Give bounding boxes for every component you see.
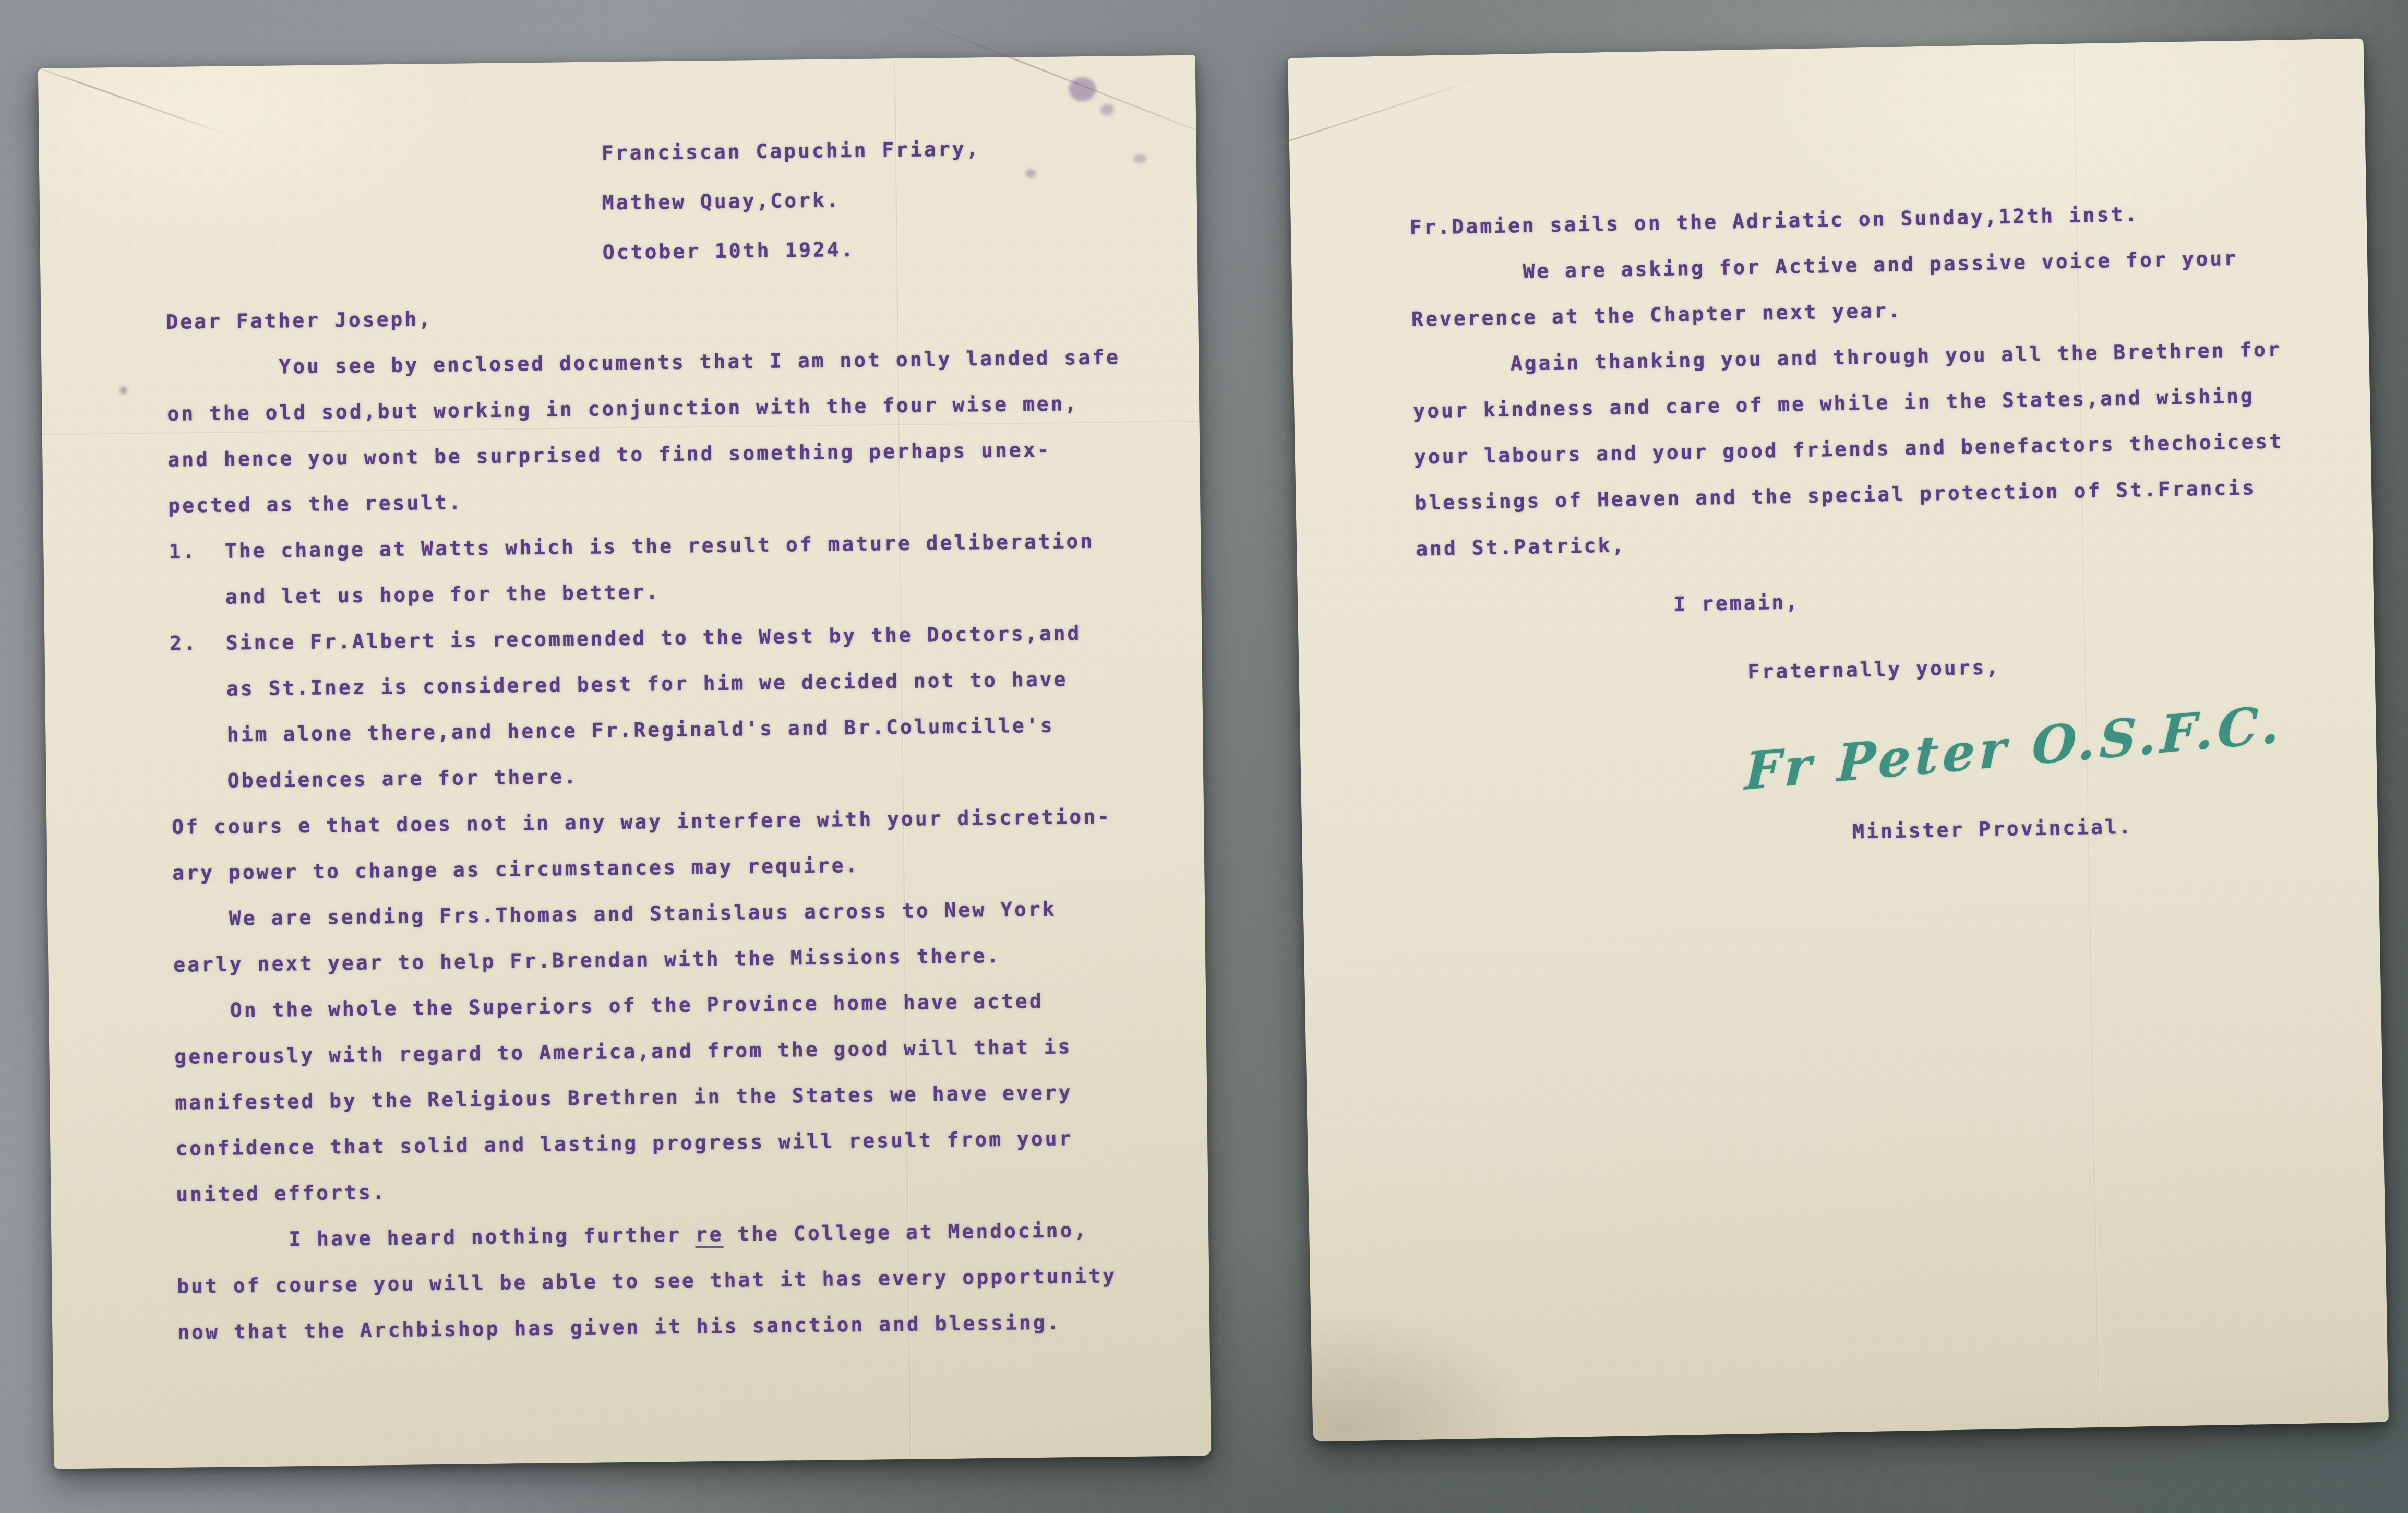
fold-crease bbox=[866, 0, 1236, 146]
closing-role: Minister Provincial. bbox=[1852, 815, 2133, 843]
typed-line: Mathew Quay,Cork. bbox=[602, 174, 981, 228]
letter-page-1: Franciscan Capuchin Friary,Mathew Quay,C… bbox=[38, 55, 1211, 1469]
closing-i-remain: I remain, bbox=[1673, 590, 1800, 615]
fold-crease bbox=[23, 62, 231, 136]
closing-valediction: Fraternally yours, bbox=[1747, 656, 2000, 683]
ink-smudge bbox=[1069, 77, 1096, 102]
ink-smudge bbox=[120, 387, 127, 394]
photo-background: Franciscan Capuchin Friary,Mathew Quay,C… bbox=[0, 0, 2408, 1513]
ink-smudge bbox=[1100, 104, 1114, 115]
ink-smudge bbox=[1134, 154, 1146, 163]
typed-line: Franciscan Capuchin Friary, bbox=[601, 124, 980, 178]
letter-body-page-2: Fr.Damien sails on the Adriatic on Sunda… bbox=[1409, 188, 2285, 571]
typed-line: October 10th 1924. bbox=[602, 223, 981, 277]
letter-body-page-1: Dear Father Joseph, You see by enclosed … bbox=[166, 288, 1132, 1355]
letter-page-2: Fr.Damien sails on the Adriatic on Sunda… bbox=[1288, 38, 2389, 1441]
letterhead: Franciscan Capuchin Friary,Mathew Quay,C… bbox=[601, 124, 981, 277]
signature: Fr Peter O.S.F.C. bbox=[1744, 694, 2284, 802]
fold-crease bbox=[1278, 79, 1477, 145]
ink-smudge bbox=[1025, 169, 1036, 177]
